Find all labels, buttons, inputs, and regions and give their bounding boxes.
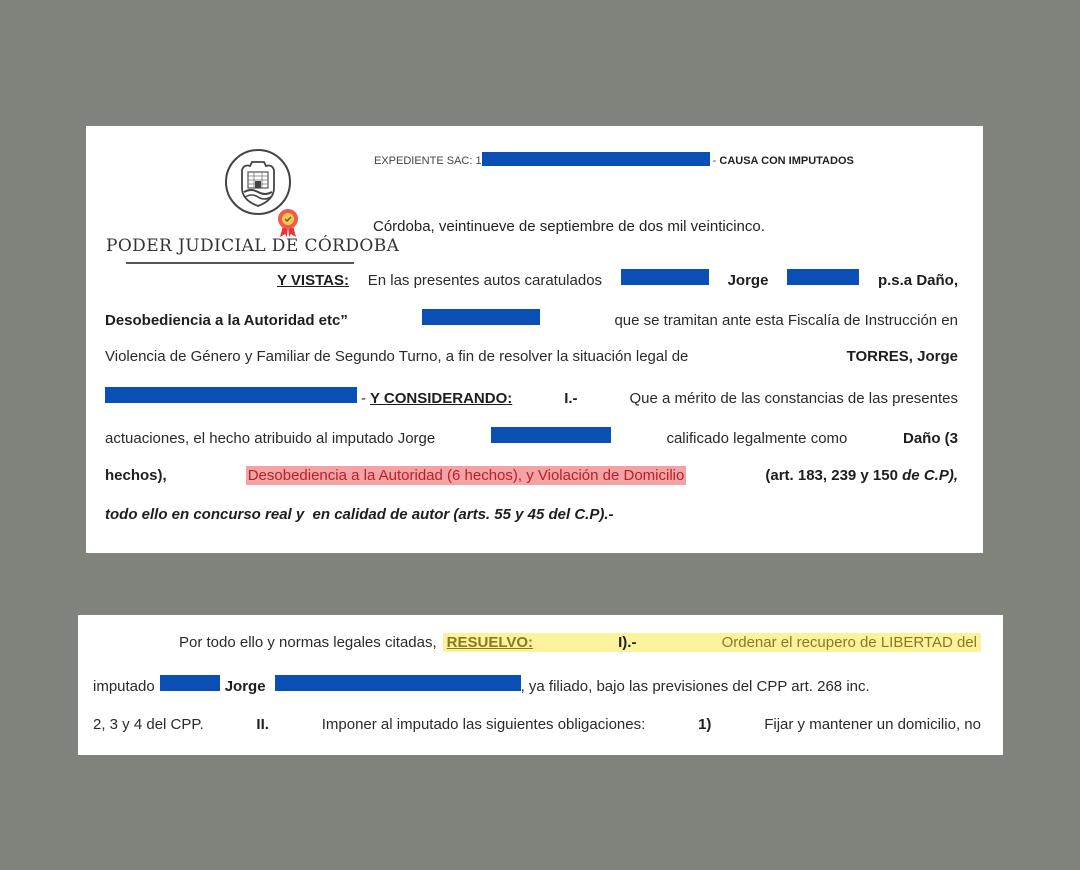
text-span: Por todo ello y normas legales citadas, — [179, 634, 437, 651]
text-span: hechos), — [105, 467, 167, 484]
considerando-heading: Y CONSIDERANDO: — [370, 390, 512, 407]
resolution-decision: Por todo ello y normas legales citadas, … — [93, 633, 981, 743]
item-number: 1) — [698, 716, 711, 733]
causa-label: CAUSA CON IMPUTADOS — [719, 155, 853, 167]
logo-underline — [126, 262, 354, 264]
text-span: que se tramitan ante esta Fiscalía de In… — [614, 312, 958, 329]
text-span: todo ello en concurso real y en calidad … — [105, 506, 613, 523]
text-span: 2, 3 y 4 del CPP. — [93, 716, 204, 733]
institution-name: PODER JUDICIAL DE CÓRDOBA — [106, 236, 399, 256]
text-span: Que a mérito de las constancias de las p… — [629, 390, 958, 407]
text-span: imputado — [93, 678, 155, 695]
resuelvo-heading: RESUELVO: — [447, 634, 533, 651]
text-line: Por todo ello y normas legales citadas, … — [179, 633, 981, 652]
vistas-heading: Y VISTAS: — [277, 272, 349, 289]
document-excerpt-top: PODER JUDICIAL DE CÓRDOBA EXPEDIENTE SAC… — [86, 126, 983, 553]
section-number: I).- — [618, 634, 636, 651]
expediente-label: EXPEDIENTE SAC: — [374, 155, 475, 167]
date-line: Córdoba, veintinueve de septiembre de do… — [373, 218, 765, 235]
highlighted-resolution: RESUELVO: I).- Ordenar el recupero de LI… — [443, 633, 981, 652]
text-line: Violencia de Género y Familiar de Segund… — [105, 348, 958, 365]
text-span: Fijar y mantener un domicilio, no — [764, 716, 981, 733]
text-span: Violencia de Género y Familiar de Segund… — [105, 348, 688, 365]
redaction-bar — [621, 269, 709, 285]
text-span: actuaciones, el hecho atribuido al imput… — [105, 430, 435, 447]
text-span: (art. 183, 239 y 150 — [765, 467, 898, 484]
text-span: calificado legalmente como — [666, 430, 847, 447]
text-line: todo ello en concurso real y en calidad … — [105, 506, 958, 523]
redaction-bar — [105, 387, 357, 403]
text-span: Imponer al imputado las siguientes oblig… — [322, 716, 646, 733]
text-span: Ordenar el recupero de LIBERTAD del — [722, 634, 977, 651]
text-span: Daño (3 — [903, 430, 958, 447]
expediente-separator: - — [710, 155, 720, 167]
text-span: p.s.a Daño, — [878, 272, 958, 289]
text-line: - Y CONSIDERANDO: I.- Que a mérito de la… — [105, 387, 958, 407]
name-jorge: Jorge — [225, 678, 266, 695]
text-line: Y VISTAS: En las presentes autos caratul… — [277, 269, 958, 289]
section-number: II. — [256, 716, 269, 733]
highlighted-charges: Desobediencia a la Autoridad (6 hechos),… — [246, 466, 687, 485]
institution-logo: PODER JUDICIAL DE CÓRDOBA — [106, 144, 376, 254]
redaction-bar — [787, 269, 859, 285]
redaction-bar — [482, 152, 710, 166]
text-span: , ya filiado, bajo las previsiones del C… — [521, 678, 870, 695]
text-span: Desobediencia a la Autoridad etc” — [105, 312, 348, 329]
text-span: de C.P), — [902, 467, 958, 484]
verified-rosette-icon — [276, 208, 300, 238]
text-span: - — [361, 390, 366, 407]
name-torres: TORRES, Jorge — [847, 348, 958, 365]
text-line: Desobediencia a la Autoridad etc” que se… — [105, 309, 958, 329]
redaction-bar — [275, 675, 521, 691]
text-line: imputado Jorge , ya filiado, bajo las pr… — [93, 675, 981, 695]
name-jorge: Jorge — [728, 272, 769, 289]
expediente-header: EXPEDIENTE SAC: 1 - CAUSA CON IMPUTADOS — [374, 152, 854, 167]
redaction-bar — [422, 309, 540, 325]
document-excerpt-bottom: Por todo ello y normas legales citadas, … — [78, 615, 1003, 755]
redaction-bar — [491, 427, 611, 443]
text-span: En las presentes autos caratulados — [368, 272, 602, 289]
text-line: 2, 3 y 4 del CPP. II. Imponer al imputad… — [93, 716, 981, 733]
text-line: hechos), Desobediencia a la Autoridad (6… — [105, 466, 958, 485]
redaction-bar — [160, 675, 220, 691]
resolution-body: Y VISTAS: En las presentes autos caratul… — [105, 266, 958, 536]
section-number: I.- — [564, 390, 577, 407]
coat-of-arms-icon — [224, 148, 292, 216]
text-line: actuaciones, el hecho atribuido al imput… — [105, 427, 958, 447]
